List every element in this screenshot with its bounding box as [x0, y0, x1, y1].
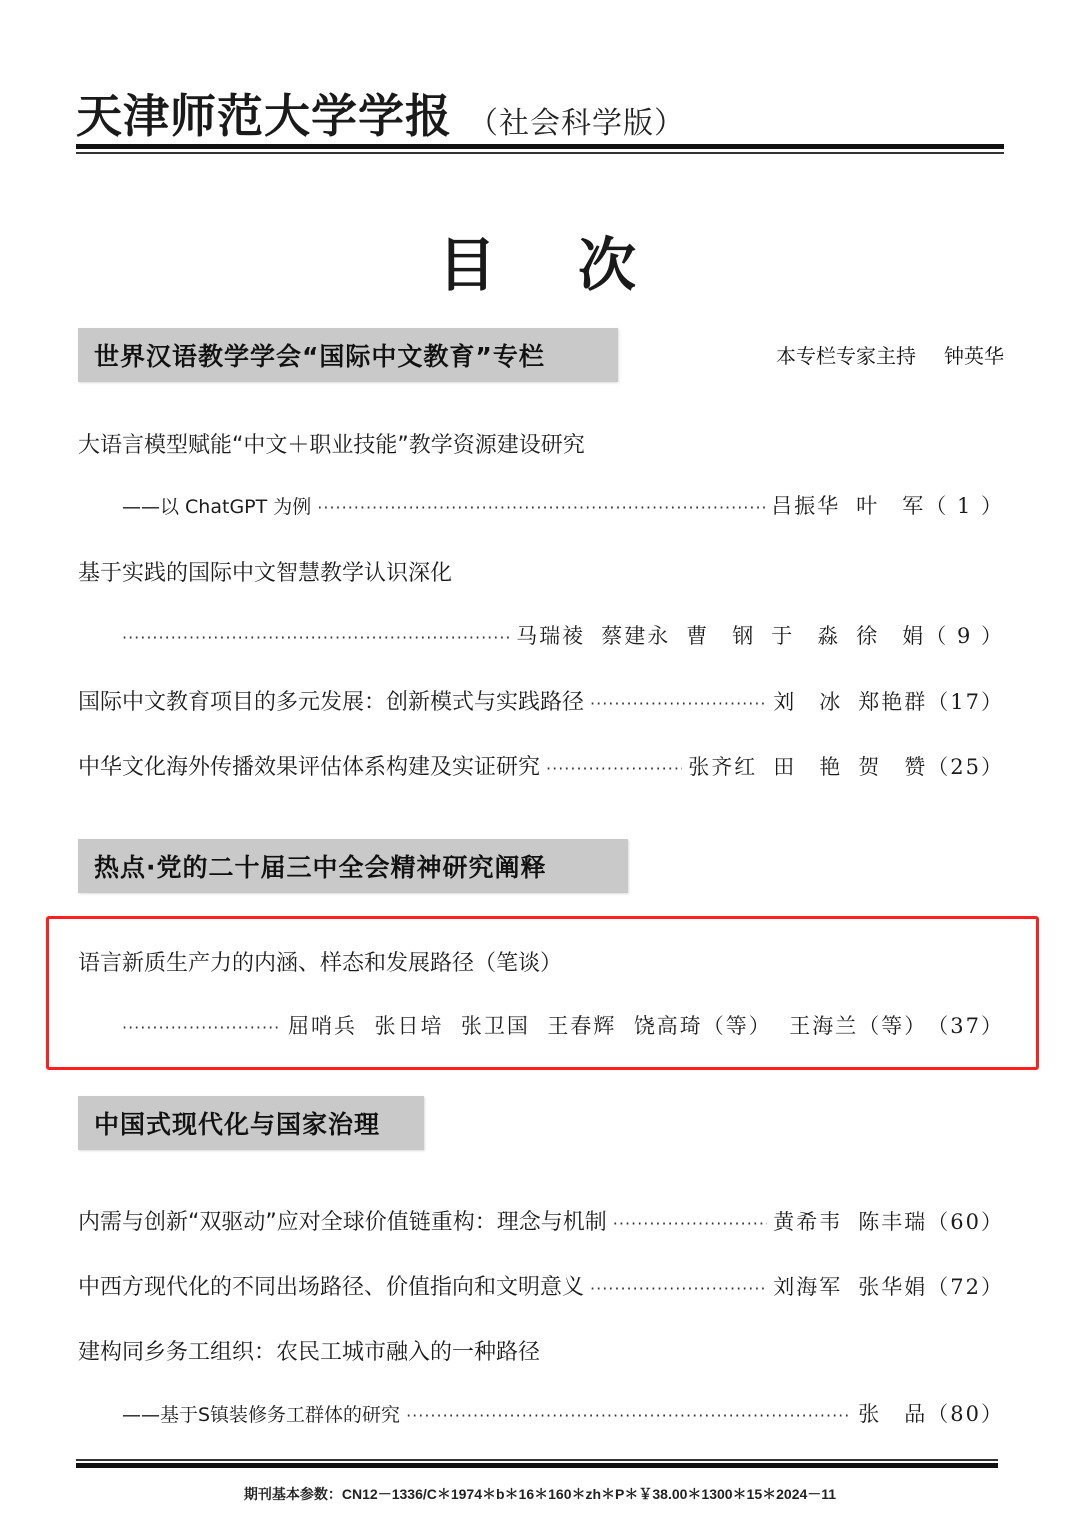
entry-page: （ 9 ）	[925, 620, 1004, 650]
entry-page: （17）	[927, 686, 1004, 716]
masthead-rule-thin	[76, 152, 1004, 154]
entry-authors: 刘 冰郑艳群	[773, 686, 927, 716]
dot-leader	[613, 1214, 767, 1233]
entry-title[interactable]: 中西方现代化的不同出场路径、价值指向和文明意义	[78, 1270, 584, 1301]
toc-entry-detail[interactable]: ——以 ChatGPT 为例 吕振华叶 军 （ 1 ）	[122, 490, 1004, 520]
dot-leader	[590, 694, 767, 713]
toc-entry-title[interactable]: 语言新质生产力的内涵、样态和发展路径（笔谈）	[78, 946, 1004, 976]
dot-leader	[546, 759, 682, 778]
toc-entry[interactable]: 中西方现代化的不同出场路径、价值指向和文明意义 刘海军张华娟 （72）	[78, 1270, 1004, 1300]
toc-heading-char-2: 次	[578, 218, 636, 302]
toc-entry-title[interactable]: 建构同乡务工组织：农民工城市融入的一种路径	[78, 1335, 1004, 1365]
journal-title: 天津师范大学学报	[76, 80, 452, 146]
entry-title[interactable]: 大语言模型赋能“中文＋职业技能”教学资源建设研究	[78, 428, 585, 459]
dot-leader	[122, 628, 510, 647]
entry-subtitle: ——基于S镇装修务工群体的研究	[122, 1400, 400, 1427]
toc-entry-title[interactable]: 大语言模型赋能“中文＋职业技能”教学资源建设研究	[78, 428, 1004, 458]
entry-title[interactable]: 内需与创新“双驱动”应对全球价值链重构：理念与机制	[78, 1205, 607, 1236]
entry-title[interactable]: 中华文化海外传播效果评估体系构建及实证研究	[78, 750, 540, 781]
entry-authors: 张 品	[858, 1398, 927, 1428]
entry-page: （80）	[927, 1398, 1004, 1428]
entry-authors: 屈哨兵张日培张卫国王春辉饶高琦（等）王海兰（等）	[288, 1010, 927, 1040]
entry-title[interactable]: 国际中文教育项目的多元发展：创新模式与实践路径	[78, 685, 584, 716]
entry-authors: 马瑞祾蔡建永曹 钢于 淼徐 娟	[516, 620, 925, 650]
toc-entry[interactable]: 内需与创新“双驱动”应对全球价值链重构：理念与机制 黄希韦陈丰瑞 （60）	[78, 1205, 1004, 1235]
dot-leader	[122, 1018, 282, 1037]
section-banner-third-plenum: 热点·党的二十届三中全会精神研究阐释	[78, 839, 628, 893]
entry-title[interactable]: 建构同乡务工组织：农民工城市融入的一种路径	[78, 1335, 540, 1366]
section-banner-intl-chinese-education: 世界汉语教学学会“国际中文教育”专栏	[78, 328, 618, 382]
toc-entry[interactable]: 中华文化海外传播效果评估体系构建及实证研究 张齐红田 艳贺 赞 （25）	[78, 750, 1004, 780]
entry-authors: 刘海军张华娟	[773, 1271, 927, 1301]
toc-entry-title[interactable]: 基于实践的国际中文智慧教学认识深化	[78, 556, 1004, 586]
entry-authors: 吕振华叶 军	[771, 490, 925, 520]
column-host: 本专栏专家主持钟英华	[776, 340, 1004, 369]
footer-rule-thick	[76, 1463, 998, 1468]
entry-authors: 张齐红田 艳贺 赞	[688, 751, 927, 781]
entry-page: （72）	[927, 1271, 1004, 1301]
toc-entry[interactable]: 国际中文教育项目的多元发展：创新模式与实践路径 刘 冰郑艳群 （17）	[78, 685, 1004, 715]
entry-page: （60）	[927, 1206, 1004, 1236]
entry-page: （ 1 ）	[925, 490, 1004, 520]
dot-leader	[406, 1406, 852, 1425]
host-name: 钟英华	[944, 344, 1004, 368]
journal-edition: （社会科学版）	[468, 98, 685, 142]
toc-entry-detail[interactable]: ——基于S镇装修务工群体的研究 张 品 （80）	[122, 1398, 1004, 1428]
entry-page: （25）	[927, 751, 1004, 781]
entry-authors: 黄希韦陈丰瑞	[773, 1206, 927, 1236]
host-label: 本专栏专家主持	[776, 344, 916, 368]
entry-page: （37）	[927, 1010, 1004, 1040]
section-banner-modernization-governance: 中国式现代化与国家治理	[78, 1096, 424, 1150]
entry-title[interactable]: 基于实践的国际中文智慧教学认识深化	[78, 556, 452, 587]
footer-rule-thin	[76, 1459, 998, 1461]
toc-entry-detail[interactable]: 马瑞祾蔡建永曹 钢于 淼徐 娟 （ 9 ）	[122, 620, 1004, 650]
masthead-rule-thick	[76, 144, 1004, 149]
toc-entry-detail[interactable]: 屈哨兵张日培张卫国王春辉饶高琦（等）王海兰（等） （37）	[122, 1010, 1004, 1040]
entry-subtitle: ——以 ChatGPT 为例	[122, 492, 311, 519]
dot-leader	[590, 1279, 767, 1298]
entry-title[interactable]: 语言新质生产力的内涵、样态和发展路径（笔谈）	[78, 946, 562, 977]
toc-heading-char-1: 目	[438, 218, 496, 302]
highlight-box	[46, 916, 1039, 1070]
journal-parameters: 期刊基本参数：CN12－1336/C＊1974＊b＊16＊160＊zh＊P＊￥3…	[0, 1484, 1080, 1504]
dot-leader	[317, 498, 765, 517]
